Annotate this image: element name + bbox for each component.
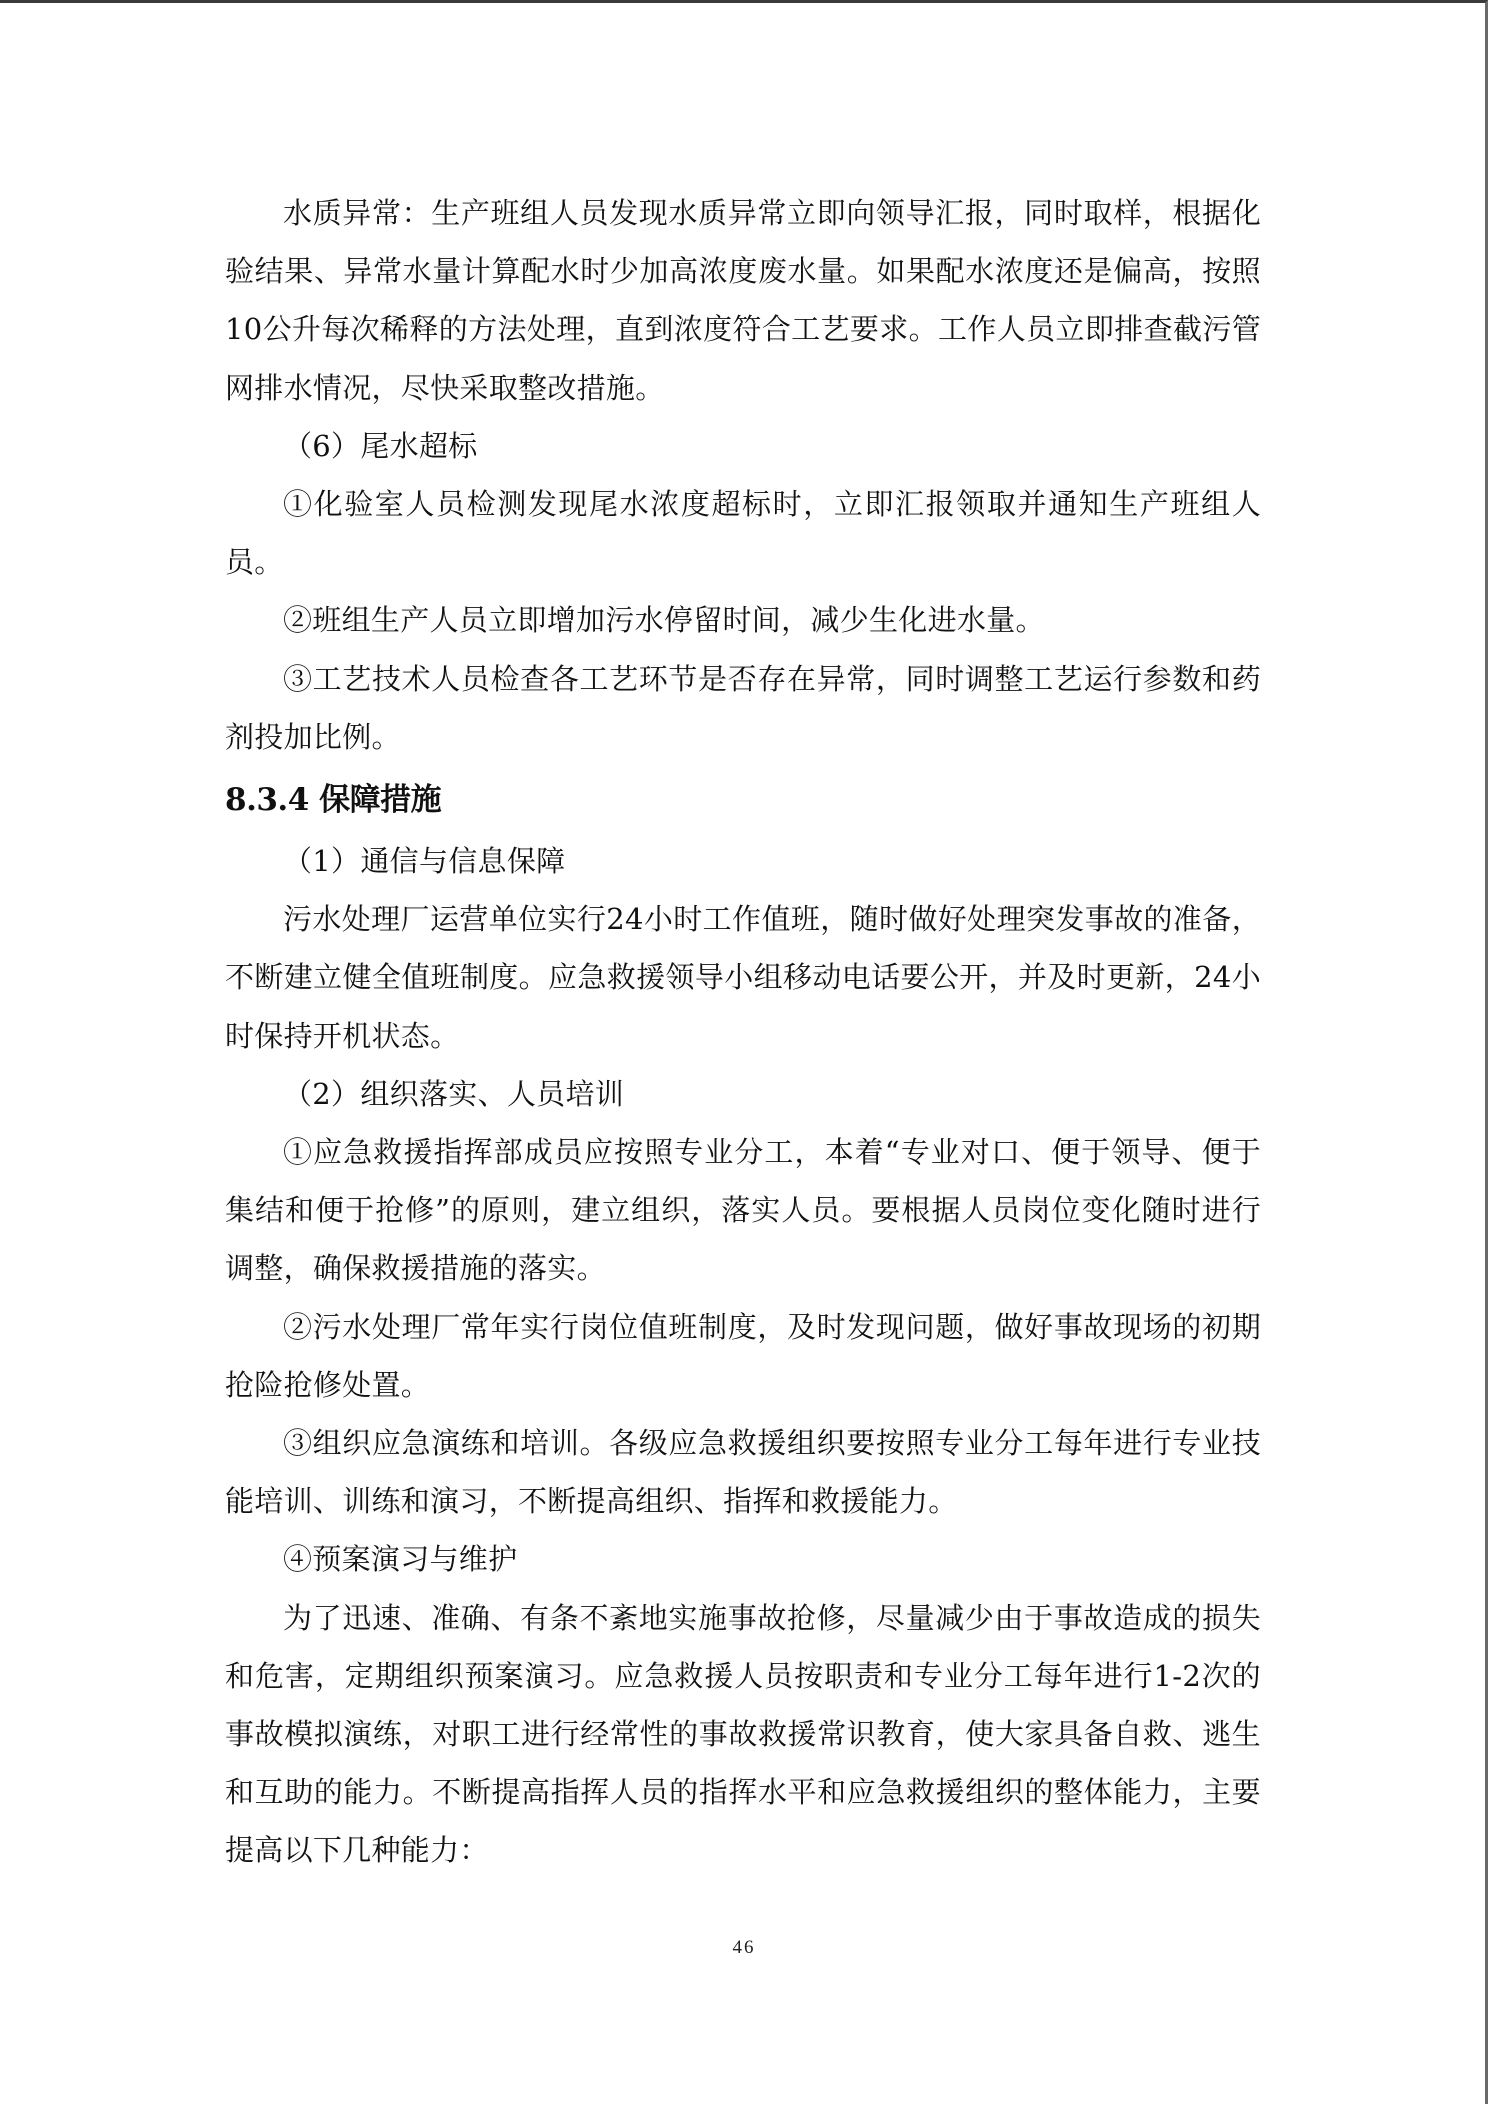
paragraph-process-check: ③工艺技术人员检查各工艺环节是否存在异常，同时调整工艺运行参数和药剂投加比例。: [225, 650, 1261, 766]
subheading-effluent-exceedance: （6）尾水超标: [225, 417, 1261, 475]
page-number: 46: [0, 1937, 1488, 1959]
paragraph-lab-detection: ①化验室人员检测发现尾水浓度超标时，立即汇报领取并通知生产班组人员。: [225, 475, 1261, 591]
subheading-plan-drills: ④预案演习与维护: [225, 1530, 1261, 1588]
subheading-organization-training: （2）组织落实、人员培训: [225, 1065, 1261, 1123]
document-page: 水质异常：生产班组人员发现水质异常立即向领导汇报，同时取样，根据化验结果、异常水…: [225, 184, 1261, 1880]
paragraph-increase-retention: ②班组生产人员立即增加污水停留时间，减少生化进水量。: [225, 591, 1261, 649]
paragraph-drill-purpose: 为了迅速、准确、有条不紊地实施事故抢修，尽量减少由于事故造成的损失和危害，定期组…: [225, 1589, 1261, 1880]
section-heading-safeguards: 8.3.4 保障措施: [225, 768, 1261, 832]
paragraph-duty-system: ②污水处理厂常年实行岗位值班制度，及时发现问题，做好事故现场的初期抢险抢修处置。: [225, 1298, 1261, 1414]
paragraph-command-staffing: ①应急救援指挥部成员应按照专业分工，本着“专业对口、便于领导、便于集结和便于抢修…: [225, 1123, 1261, 1298]
paragraph-drills-training: ③组织应急演练和培训。各级应急救援组织要按照专业分工每年进行专业技能培训、训练和…: [225, 1414, 1261, 1530]
subheading-communication: （1）通信与信息保障: [225, 832, 1261, 890]
paragraph-24h-duty: 污水处理厂运营单位实行24小时工作值班，随时做好处理突发事故的准备，不断建立健全…: [225, 890, 1261, 1065]
paragraph-water-quality-anomaly: 水质异常：生产班组人员发现水质异常立即向领导汇报，同时取样，根据化验结果、异常水…: [225, 184, 1261, 417]
